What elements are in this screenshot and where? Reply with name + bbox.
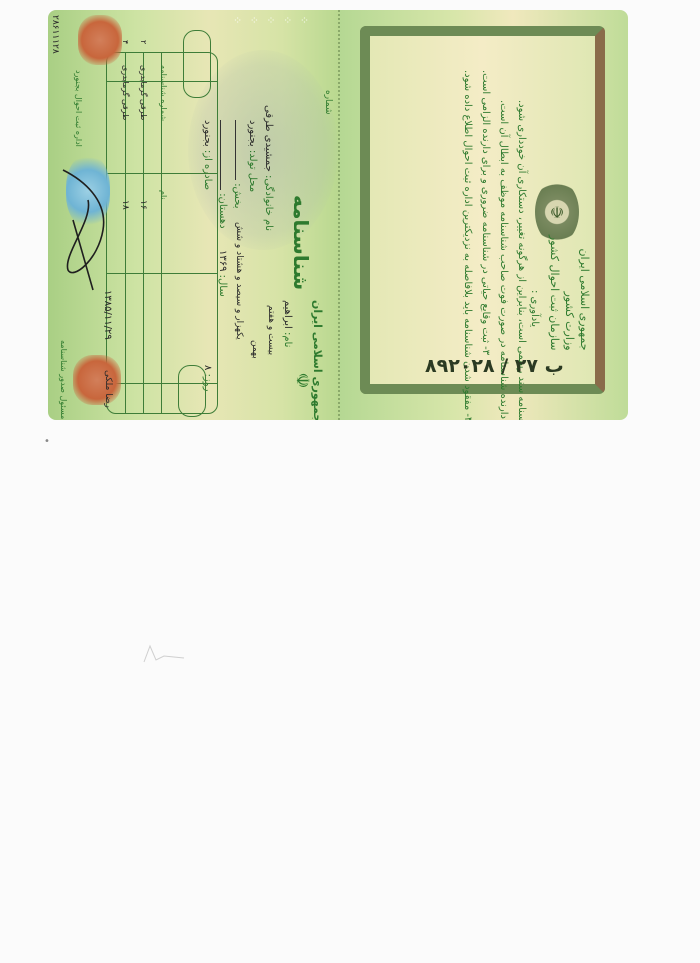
field-family-name: نام خانوادگی: جمشیدی طرقی <box>260 105 276 231</box>
field-year: سال: ۱۳۶۹ <box>217 250 228 297</box>
table-cell: طرقی گرمابدری <box>139 65 148 120</box>
field-cert-number-words: بیست و هفتم <box>266 305 276 355</box>
emblem-icon: ☫ <box>292 372 313 388</box>
office-note: اداره ثبت احوال بجنورد <box>74 70 83 147</box>
official-name: رضا ملکی <box>103 370 113 408</box>
scan-smudge <box>140 640 190 670</box>
header-republic: جمهوری اسلامی ایران <box>311 300 324 420</box>
table-cell: ۱۶ <box>138 200 148 210</box>
id-label: شماره <box>323 90 333 115</box>
field-place-of-birth: محل تولد: بجنورد <box>247 120 258 192</box>
red-seal-bottom <box>73 355 121 405</box>
field-birth-date-words: یکهزار و سیصد و هشتاد و شش <box>234 222 244 340</box>
table-cell: ۱۸ <box>120 200 130 210</box>
instructions-page: ☫ جمهوری اسلامی ایران وزارت کشور سازمان … <box>340 10 628 420</box>
notes-title: یادآوری : <box>529 290 540 327</box>
table-cell: ۴ <box>121 40 130 44</box>
edge-serial: ۲۸۶۱۱۱۲۸ <box>50 15 60 54</box>
table-cell: طرقی گرمابدری <box>121 65 130 120</box>
birth-certificate-scan: ⁘ ⁘ ⁘ ⁘ ⁘ جمهوری اسلامی ایران ☫ شناسنامه… <box>48 10 628 420</box>
serial-number: ب ۲۷ / ۸۹۲۰۲۸ <box>425 355 564 377</box>
table-header-cert: شماره شناسنامه <box>159 65 168 121</box>
identity-page: ⁘ ⁘ ⁘ ⁘ ⁘ جمهوری اسلامی ایران ☫ شناسنامه… <box>48 10 340 420</box>
signature <box>53 160 113 300</box>
table-cell: ۲ <box>139 40 148 44</box>
punched-number: ⁘ ⁘ ⁘ ⁘ ⁘ <box>233 14 311 27</box>
page-title: شناسنامه <box>289 195 313 290</box>
issue-date: ۱۳۸۵/۱۱/۲۹ <box>102 290 113 340</box>
scan-speck: • <box>44 436 50 447</box>
field-village: دهستان: <box>217 120 228 229</box>
table-header-name: نام <box>159 190 168 200</box>
field-month: بهمن <box>250 340 260 359</box>
field-first-name: نام: ابراهیم <box>282 300 293 347</box>
red-seal-top <box>78 15 122 65</box>
note-3: ۳- ثبت وقایع حیاتی در شناسنامه ضروری و ب… <box>478 70 492 355</box>
official-title: مسئول صدور شناسنامه <box>59 340 68 419</box>
header-block: جمهوری اسلامی ایران وزارت کشور سازمان ثب… <box>547 235 592 351</box>
field-section: بخش: <box>232 120 243 209</box>
